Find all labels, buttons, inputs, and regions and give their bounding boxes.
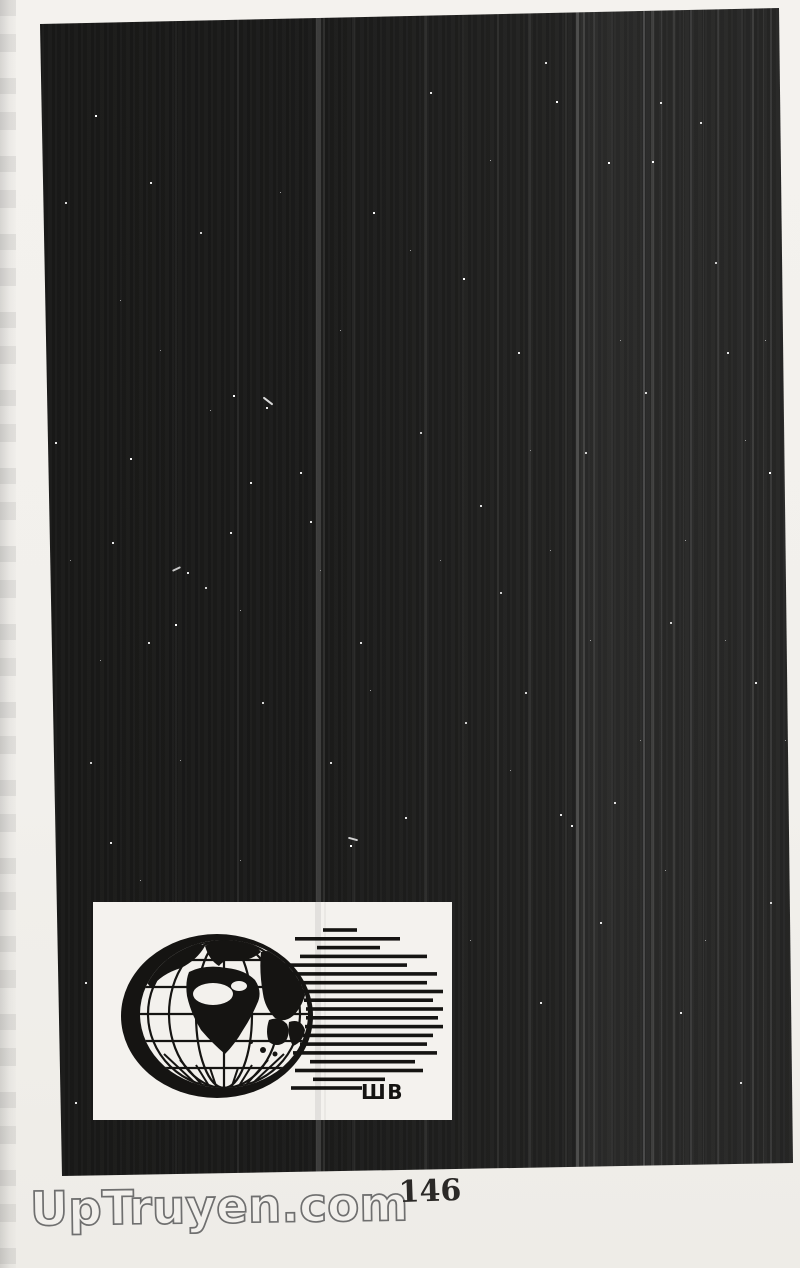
globe-logo: ШВ	[93, 902, 452, 1120]
page-number: 146	[391, 1173, 468, 1211]
speed-lines	[283, 928, 443, 1090]
globe-icon	[121, 934, 315, 1110]
scanned-page: ШВ UpTruyen.com 146	[0, 0, 800, 1268]
watermark: UpTruyen.com	[30, 1178, 361, 1238]
scanner-edge-artifact	[0, 0, 16, 1268]
scan-streak-over-logo	[324, 902, 326, 1120]
publisher-initials: ШВ	[361, 1080, 404, 1104]
publisher-logo-box: ШВ	[93, 902, 452, 1120]
scan-streak-over-logo	[315, 902, 321, 1120]
